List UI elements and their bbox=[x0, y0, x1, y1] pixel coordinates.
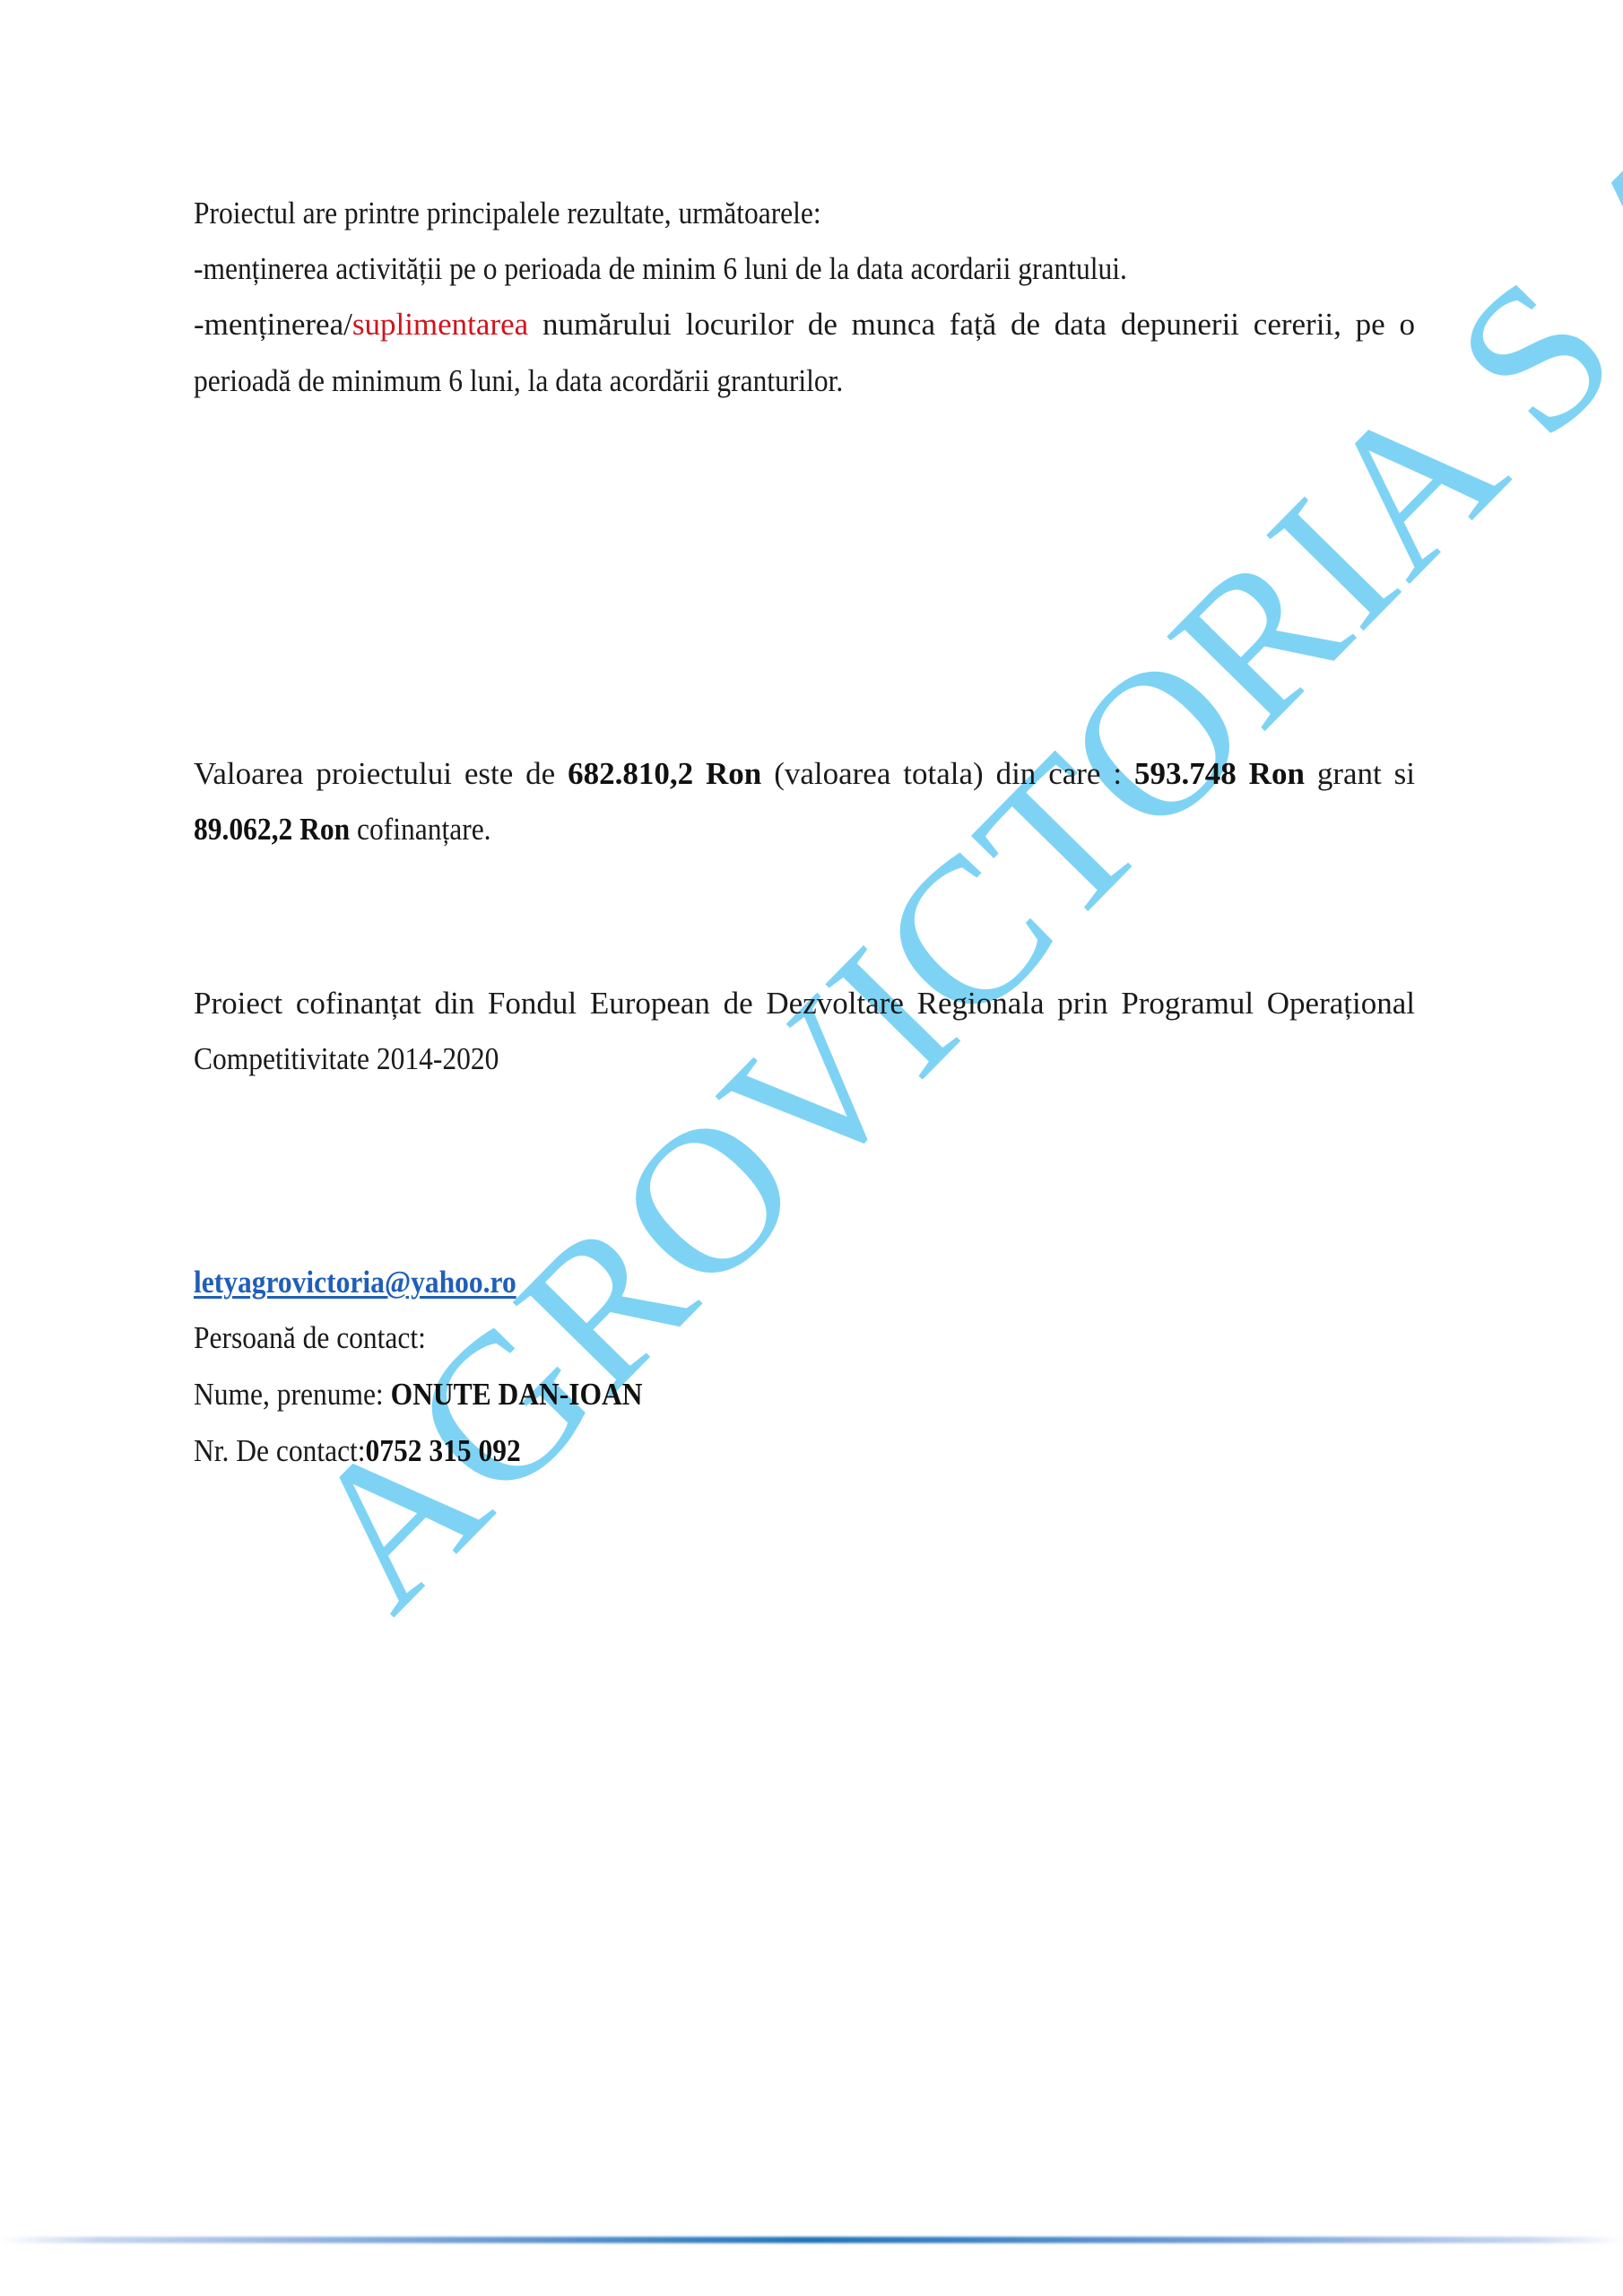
result-item-2-rest: numărului locurilor de munca față de dat… bbox=[528, 307, 1415, 342]
contact-email-line: letyagrovictoria@yahoo.ro bbox=[194, 1265, 1293, 1300]
email-link[interactable]: letyagrovictoria@yahoo.ro bbox=[194, 1265, 516, 1300]
funding-text-2: Competitivitate 2014-2020 bbox=[194, 1041, 499, 1076]
result-item-2-continued: perioadă de minimum 6 luni, la data acor… bbox=[194, 363, 1293, 399]
value-text-3: grant si bbox=[1305, 756, 1415, 791]
contact-person-label: Persoană de contact: bbox=[194, 1320, 1293, 1356]
project-value-line-2: 89.062,2 Ron cofinanțare. bbox=[194, 812, 1293, 848]
value-text-2: (valoarea totala) din care : bbox=[761, 756, 1134, 791]
funding-line-1: Proiect cofinanțat din Fondul European d… bbox=[194, 986, 1415, 1022]
results-intro: Proiectul are printre principalele rezul… bbox=[194, 196, 1293, 231]
grant-value: 593.748 Ron bbox=[1134, 756, 1305, 791]
cofinancing-value: 89.062,2 Ron bbox=[194, 812, 350, 847]
contact-name: ONUTE DAN-IOAN bbox=[391, 1377, 643, 1412]
contact-phone-line: Nr. De contact:0752 315 092 bbox=[194, 1433, 1293, 1469]
contact-person-text: Persoană de contact: bbox=[194, 1320, 426, 1355]
result-item-1: -menținerea activității pe o perioada de… bbox=[194, 251, 1293, 287]
result-item-1-text: -menținerea activității pe o perioada de… bbox=[194, 251, 1127, 286]
value-text-1: Valoarea proiectului este de bbox=[194, 756, 568, 791]
contact-name-line: Nume, prenume: ONUTE DAN-IOAN bbox=[194, 1377, 1293, 1413]
total-value: 682.810,2 Ron bbox=[568, 756, 761, 791]
contact-phone: 0752 315 092 bbox=[366, 1433, 521, 1468]
project-value-line-1: Valoarea proiectului este de 682.810,2 R… bbox=[194, 756, 1415, 792]
value-text-4: cofinanțare. bbox=[350, 812, 490, 847]
result-item-2-cont-text: perioadă de minimum 6 luni, la data acor… bbox=[194, 363, 843, 398]
funding-line-2: Competitivitate 2014-2020 bbox=[194, 1041, 1293, 1077]
result-item-2: -menținerea/suplimentarea numărului locu… bbox=[194, 307, 1415, 343]
funding-text-1: Proiect cofinanțat din Fondul European d… bbox=[194, 986, 1415, 1021]
name-label: Nume, prenume: bbox=[194, 1377, 391, 1412]
highlighted-word: suplimentarea bbox=[352, 307, 528, 342]
footer-divider bbox=[0, 2237, 1623, 2243]
result-item-2-prefix: -menținerea/ bbox=[194, 307, 352, 342]
phone-label: Nr. De contact: bbox=[194, 1433, 366, 1468]
results-intro-text: Proiectul are printre principalele rezul… bbox=[194, 196, 821, 230]
